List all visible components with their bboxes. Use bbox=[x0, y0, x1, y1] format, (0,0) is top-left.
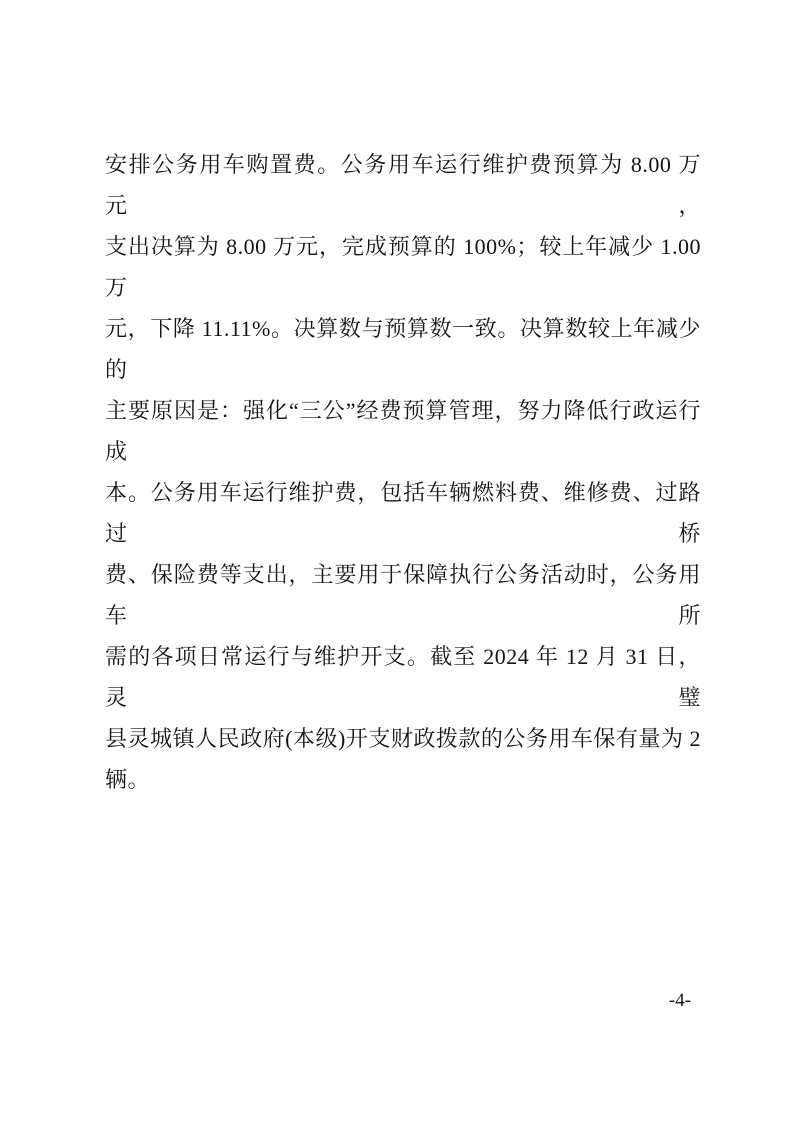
paragraph-line: 安排公务用车购置费。公务用车运行维护费预算为 8.00 万元， bbox=[105, 144, 701, 226]
paragraph-line: 支出决算为 8.00 万元，完成预算的 100%；较上年减少 1.00 万 bbox=[105, 226, 701, 308]
paragraph-line: 本。公务用车运行维护费，包括车辆燃料费、维修费、过路过桥 bbox=[105, 472, 701, 554]
paragraph-line: 元，下降 11.11%。决算数与预算数一致。决算数较上年减少的 bbox=[105, 308, 701, 390]
document-page: 安排公务用车购置费。公务用车运行维护费预算为 8.00 万元， 支出决算为 8.… bbox=[0, 0, 793, 1122]
paragraph-line: 费、保险费等支出，主要用于保障执行公务活动时，公务用车所 bbox=[105, 554, 701, 636]
page-number: -4- bbox=[655, 990, 705, 1012]
body-paragraph: 安排公务用车购置费。公务用车运行维护费预算为 8.00 万元， 支出决算为 8.… bbox=[105, 144, 701, 800]
paragraph-line: 县灵城镇人民政府(本级)开支财政拨款的公务用车保有量为 2 bbox=[105, 718, 701, 759]
paragraph-line: 需的各项日常运行与维护开支。截至 2024 年 12 月 31 日，灵璧 bbox=[105, 636, 701, 718]
paragraph-line: 主要原因是：强化“三公”经费预算管理，努力降低行政运行成 bbox=[105, 390, 701, 472]
paragraph-line: 辆。 bbox=[105, 759, 701, 800]
